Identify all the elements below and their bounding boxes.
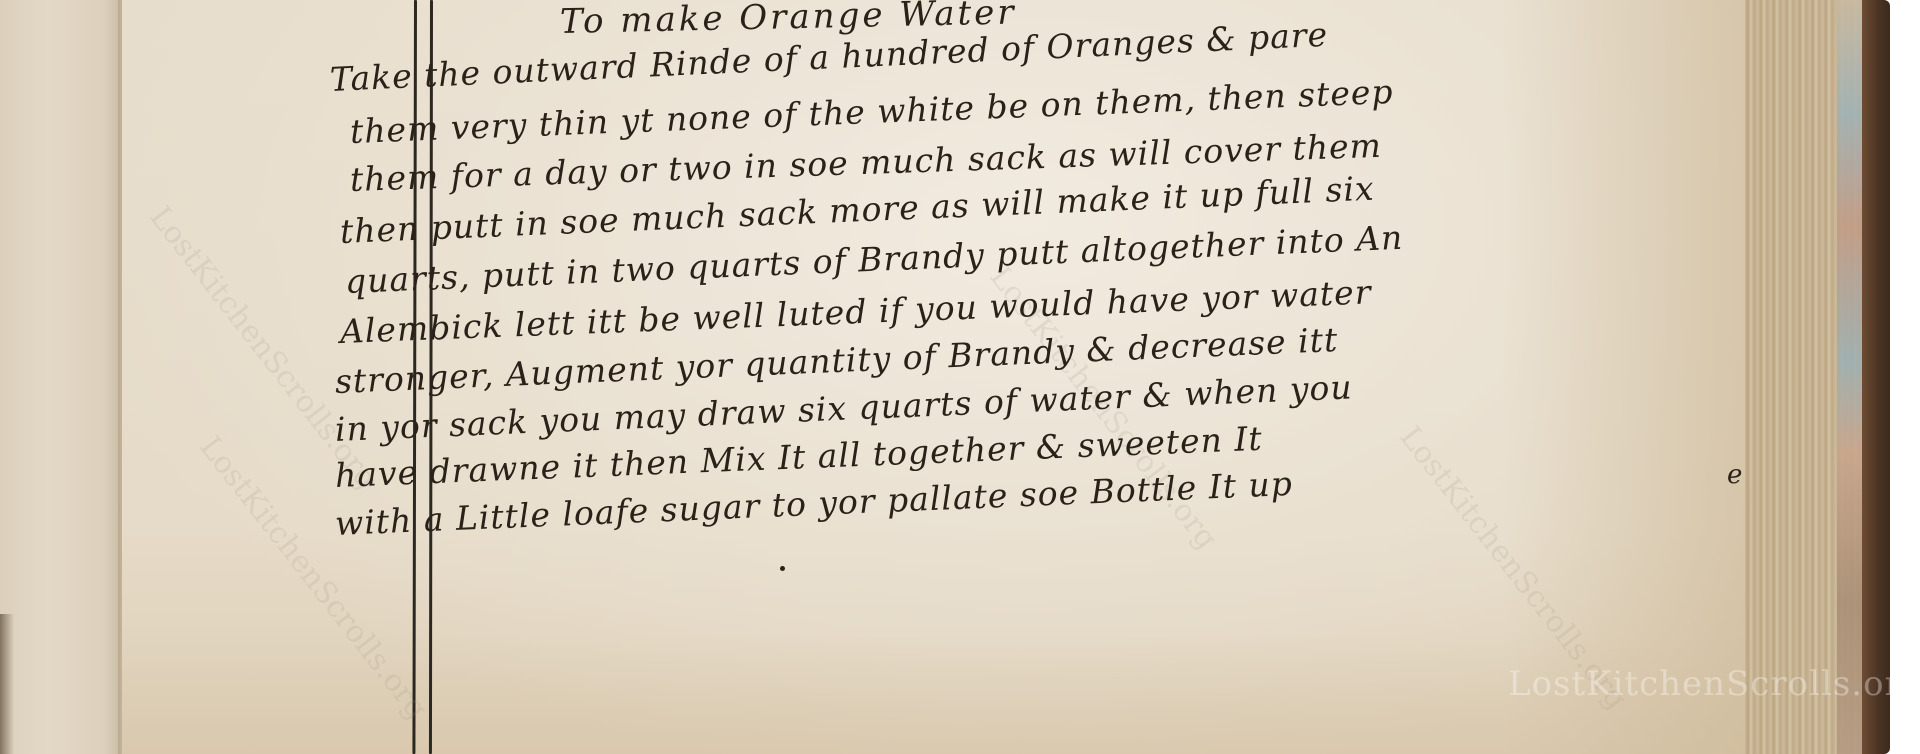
end-mark-dot bbox=[780, 566, 785, 571]
handwritten-recipe: To make Orange Water Take the outward Ri… bbox=[0, 0, 1920, 754]
catchword: e bbox=[1727, 460, 1742, 490]
manuscript-scan: LostKitchenScrolls.org LostKitchenScroll… bbox=[0, 0, 1920, 754]
